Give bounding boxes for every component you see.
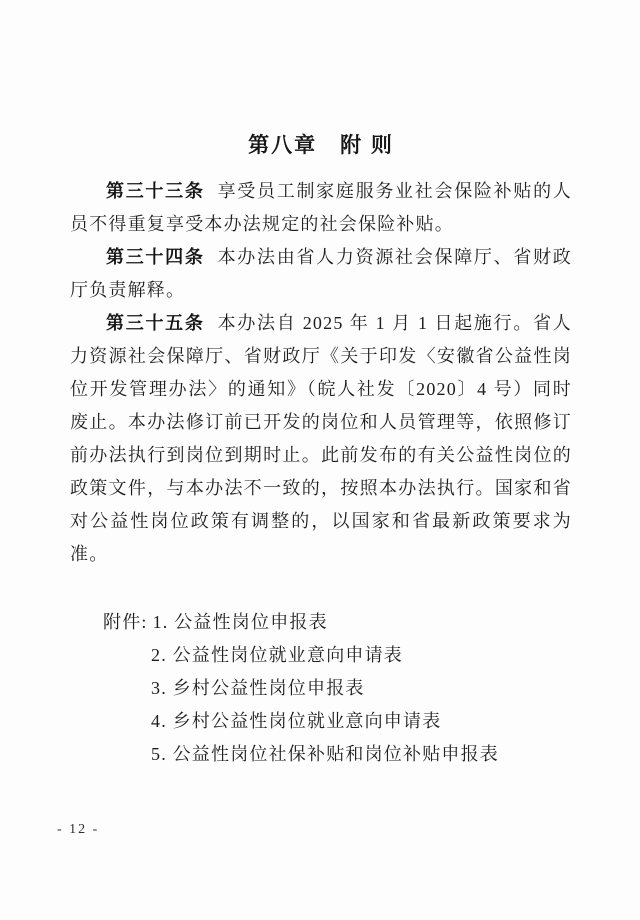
article-body: 本办法自 2025 年 1 月 1 日起施行。省人力资源社会保障厅、省财政厅《关… xyxy=(70,313,572,564)
article-number: 第三十五条 xyxy=(106,313,205,333)
attachment-item-text: 3. 乡村公益性岗位申报表 xyxy=(151,678,365,698)
attachment-item: 5. 公益性岗位社保补贴和岗位补贴申报表 xyxy=(70,738,572,771)
attachment-item: 3. 乡村公益性岗位申报表 xyxy=(70,672,572,705)
attachment-item: 2. 公益性岗位就业意向申请表 xyxy=(70,639,572,672)
article-paragraph-35: 第三十五条本办法自 2025 年 1 月 1 日起施行。省人力资源社会保障厅、省… xyxy=(70,307,572,571)
article-number: 第三十三条 xyxy=(106,181,205,201)
document-page: 第八章 附 则 第三十三条享受员工制家庭服务业社会保险补贴的人员不得重复享受本办… xyxy=(0,0,640,920)
attachment-item: 4. 乡村公益性岗位就业意向申请表 xyxy=(70,705,572,738)
article-paragraph-34: 第三十四条本办法由省人力资源社会保障厅、省财政厅负责解释。 xyxy=(70,241,572,307)
attachment-item-text: 4. 乡村公益性岗位就业意向申请表 xyxy=(151,711,441,731)
article-paragraph-33: 第三十三条享受员工制家庭服务业社会保险补贴的人员不得重复享受本办法规定的社会保险… xyxy=(70,175,572,241)
page-number: - 12 - xyxy=(57,822,99,838)
attachment-item-text: 5. 公益性岗位社保补贴和岗位补贴申报表 xyxy=(151,744,499,764)
attachment-item-text: 1. 公益性岗位申报表 xyxy=(153,612,328,632)
attachments-list: 附件:1. 公益性岗位申报表 2. 公益性岗位就业意向申请表 3. 乡村公益性岗… xyxy=(70,606,572,771)
attachment-item-text: 2. 公益性岗位就业意向申请表 xyxy=(151,645,403,665)
article-number: 第三十四条 xyxy=(106,247,205,267)
chapter-title: 第八章 附 则 xyxy=(70,130,572,161)
page-content: 第八章 附 则 第三十三条享受员工制家庭服务业社会保险补贴的人员不得重复享受本办… xyxy=(70,130,572,771)
attachment-item: 附件:1. 公益性岗位申报表 xyxy=(70,606,572,639)
attachments-label: 附件: xyxy=(103,612,148,632)
